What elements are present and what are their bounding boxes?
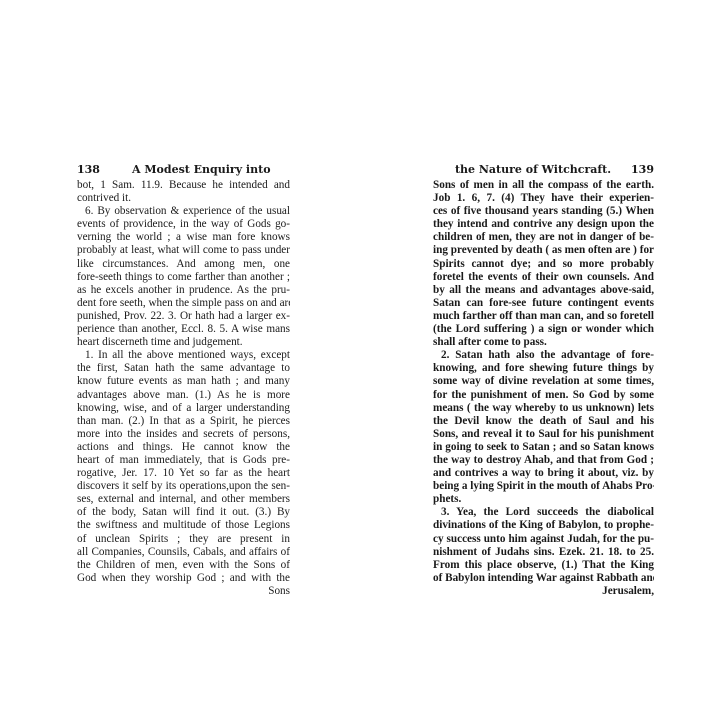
text-line: in going to seek to Satan ; and so Satan…	[433, 441, 654, 454]
text-line: the swiftness and multitude of those Leg…	[77, 519, 290, 532]
text-line: children of men, they are not in danger …	[433, 231, 654, 244]
text-line: God when they worship God ; and with the	[77, 572, 290, 585]
text-line: knowing, wise, and of a larger understan…	[77, 402, 290, 415]
text-line: they intend and contrive any design upon…	[433, 218, 654, 231]
left-page-header: 138 A Modest Enquiry into	[77, 163, 290, 179]
right-page: the Nature of Witchcraft. 139 Sons of me…	[433, 163, 654, 598]
text-line: 2. Satan hath also the advantage of fore…	[433, 349, 654, 362]
right-page-header: the Nature of Witchcraft. 139	[433, 163, 654, 179]
text-line: some way of divine revelation at some ti…	[433, 375, 654, 388]
text-line: probably at least, what will come to pas…	[77, 244, 290, 257]
text-line: Satan can fore-see future contingent eve…	[433, 297, 654, 310]
text-line: actions and things. He cannot know the	[77, 441, 290, 454]
left-page-body: bot, 1 Sam. 11.9. Because he intended an…	[77, 179, 290, 598]
text-line: rogative, Jer. 17. 10 Yet so far as the …	[77, 467, 290, 480]
text-line: Job 1. 6, 7. (4) They have their experie…	[433, 192, 654, 205]
left-page: 138 A Modest Enquiry into bot, 1 Sam. 11…	[77, 163, 290, 598]
text-line: knowing, and fore shewing future things …	[433, 362, 654, 375]
text-line: of the body, Satan will find it out. (3.…	[77, 506, 290, 519]
text-line: ces of five thousand years standing (5.)…	[433, 205, 654, 218]
text-line: perience than another, Eccl. 8. 5. A wis…	[77, 323, 290, 336]
text-line: means ( the way whereby to us unknown) l…	[433, 402, 654, 415]
text-line: as he excels another in prudence. As the…	[77, 284, 290, 297]
text-line: the Children of men, even with the Sons …	[77, 559, 290, 572]
right-page-body: Sons of men in all the compass of the ea…	[433, 179, 654, 598]
text-line: all Companies, Counsils, Cabals, and aff…	[77, 546, 290, 559]
text-line: divinations of the King of Babylon, to p…	[433, 519, 654, 532]
text-line: more into the insides and secrets of per…	[77, 428, 290, 441]
text-line: Sons, and reveal it to Saul for his puni…	[433, 428, 654, 441]
text-line: than man. (2.) In that as a Spirit, he p…	[77, 415, 290, 428]
text-line: Jerusalem,	[433, 585, 654, 598]
running-head: the Nature of Witchcraft.	[433, 163, 631, 176]
text-line: bot, 1 Sam. 11.9. Because he intended an…	[77, 179, 290, 192]
text-line: events of providence, in the way of Gods…	[77, 218, 290, 231]
text-line: heart discerneth time and judgement.	[77, 336, 290, 349]
text-line: know future events as man hath ; and man…	[77, 375, 290, 388]
text-line: advantages above man. (1.) As he is more	[77, 389, 290, 402]
text-line: verning the world ; a wise man fore know…	[77, 231, 290, 244]
text-line: like circumstances. And among men, one	[77, 258, 290, 271]
text-line: heart of man immediately, that is Gods p…	[77, 454, 290, 467]
text-line: Sons of men in all the compass of the ea…	[433, 179, 654, 192]
text-line: ses, external and internal, and other me…	[77, 493, 290, 506]
text-line: punished, Prov. 22. 3. Or hath had a lar…	[77, 310, 290, 323]
text-line: the Devil know the death of Saul and his	[433, 415, 654, 428]
text-line: 1. In all the above mentioned ways, exce…	[77, 349, 290, 362]
page-number: 139	[631, 163, 654, 176]
text-line: contrived it.	[77, 192, 290, 205]
text-line: 6. By observation & experience of the us…	[77, 205, 290, 218]
text-line: 3. Yea, the Lord succeeds the diabolical	[433, 506, 654, 519]
text-line: cy success unto him against Judah, for t…	[433, 533, 654, 546]
text-line: being a lying Spirit in the mouth of Aha…	[433, 480, 654, 493]
text-line: of Babylon intending War against Rabbath…	[433, 572, 654, 585]
text-line: (the Lord suffering ) a sign or wonder w…	[433, 323, 654, 336]
text-line: and contrives a way to bring it about, v…	[433, 467, 654, 480]
running-head: A Modest Enquiry into	[132, 163, 290, 176]
text-line: nishment of Judahs sins. Ezek. 21. 18. t…	[433, 546, 654, 559]
text-line: ing prevented by death ( as men often ar…	[433, 244, 654, 257]
text-line: Spirits cannot dye; and so more probably	[433, 258, 654, 271]
text-line: foretel the events of their own counsels…	[433, 271, 654, 284]
text-line: for the punishment of men. So God by som…	[433, 389, 654, 402]
text-line: of unclean Spirits ; they are present in	[77, 533, 290, 546]
text-line: much farther off than man can, and so fo…	[433, 310, 654, 323]
text-line: phets.	[433, 493, 654, 506]
text-line: dent fore seeth, when the simple pass on…	[77, 297, 290, 310]
text-line: shall after come to pass.	[433, 336, 654, 349]
text-line: From this place observe, (1.) That the K…	[433, 559, 654, 572]
text-line: fore-seeth things to come farther than a…	[77, 271, 290, 284]
text-line: Sons	[77, 585, 290, 598]
text-line: the first, Satan hath the same advantage…	[77, 362, 290, 375]
text-line: the way to destroy Ahab, and that from G…	[433, 454, 654, 467]
text-line: by all the means and advantages above-sa…	[433, 284, 654, 297]
page-number: 138	[77, 163, 132, 176]
text-line: discovers it self by its operations,upon…	[77, 480, 290, 493]
